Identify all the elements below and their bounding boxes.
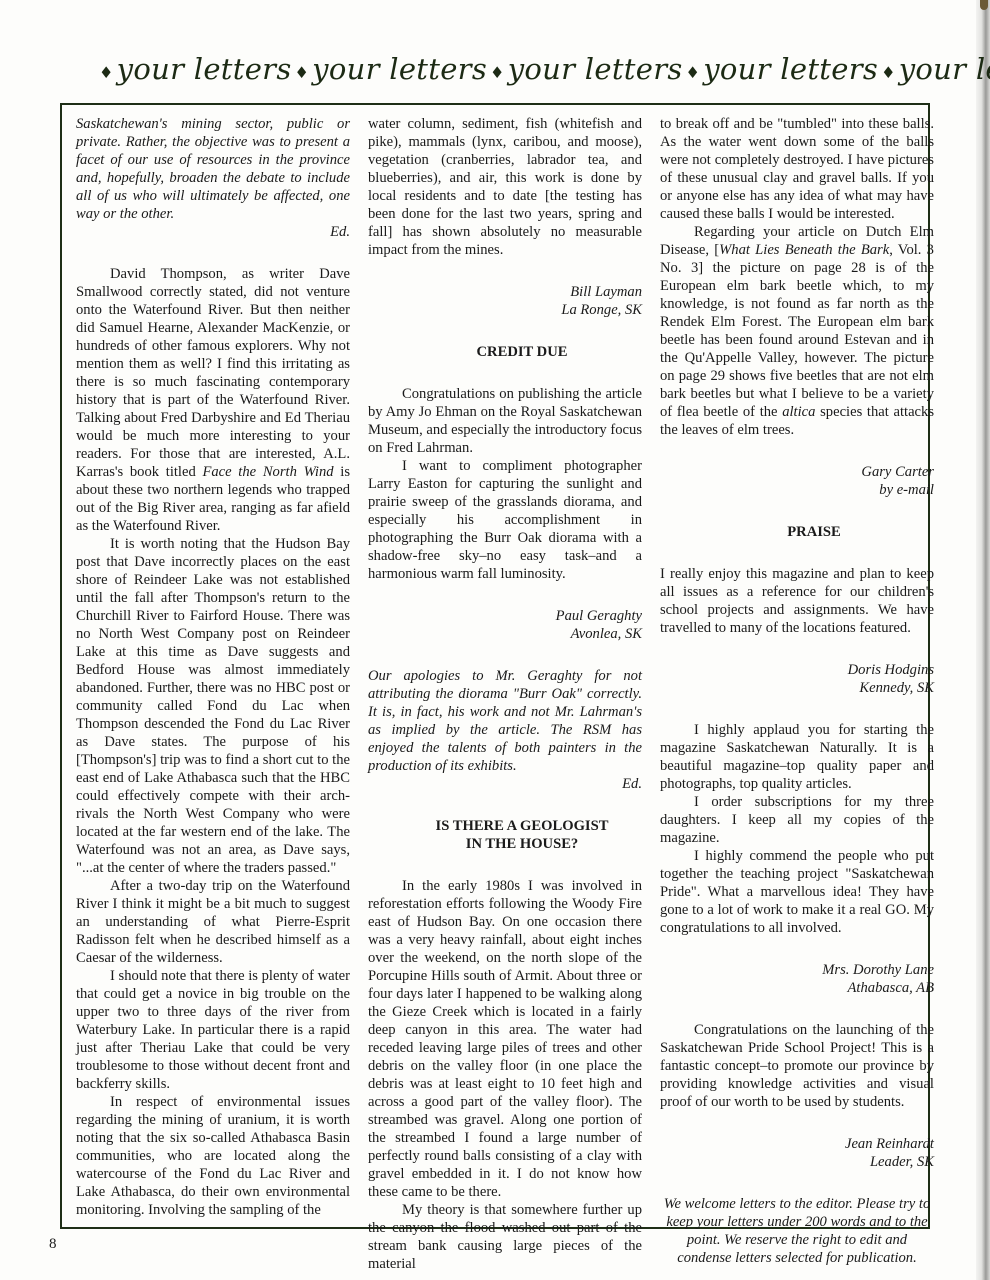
diamond-icon: ♦ — [881, 63, 896, 82]
signature-place: La Ronge, SK — [368, 301, 642, 319]
column-1: Saskatchewan's mining sector, public or … — [76, 115, 350, 1219]
letter-paragraph: I highly applaud you for starting the ma… — [660, 721, 934, 793]
letter-paragraph: It is worth noting that the Hudson Bay p… — [76, 535, 350, 877]
letter-paragraph: David Thompson, as writer Dave Smallwood… — [76, 265, 350, 535]
signature-name: Gary Carter — [660, 463, 934, 481]
signature-name: Paul Geraghty — [368, 607, 642, 625]
banner-text: your letters — [117, 52, 292, 86]
diamond-icon: ♦ — [490, 63, 505, 82]
signature-name: Jean Reinhardt — [660, 1135, 934, 1153]
species-name: altica — [782, 404, 815, 420]
signature-name: Doris Hodgins — [660, 661, 934, 679]
editor-signature: Ed. — [76, 223, 350, 241]
letter-paragraph: Regarding your article on Dutch Elm Dise… — [660, 223, 934, 439]
section-heading-geologist-line2: IN THE HOUSE? — [368, 835, 642, 853]
column-3: to break off and be "tumbled" into these… — [660, 115, 934, 1267]
letter-paragraph: My theory is that somewhere further up t… — [368, 1201, 642, 1273]
section-heading-credit-due: CREDIT DUE — [368, 343, 642, 361]
letter-paragraph: After a two-day trip on the Waterfound R… — [76, 877, 350, 967]
banner-text: your letters — [703, 52, 878, 86]
letter-paragraph: to break off and be "tumbled" into these… — [660, 115, 934, 223]
signature-place: Athabasca, AB — [660, 979, 934, 997]
book-spine-shadow — [976, 0, 990, 1280]
letter-paragraph: I want to compliment photographer Larry … — [368, 457, 642, 583]
signature-place: Leader, SK — [660, 1153, 934, 1171]
diamond-icon: ♦ — [295, 63, 310, 82]
letter-paragraph: I highly commend the people who put toge… — [660, 847, 934, 937]
letter-paragraph: I really enjoy this magazine and plan to… — [660, 565, 934, 637]
signature-place: Kennedy, SK — [660, 679, 934, 697]
editor-note: Our apologies to Mr. Geraghty for not at… — [368, 667, 642, 775]
banner-text: your letters — [312, 52, 487, 86]
book-title: Face the North Wind — [202, 464, 333, 480]
section-heading-praise: PRAISE — [660, 523, 934, 541]
closing-editor-note: We welcome letters to the editor. Please… — [660, 1195, 934, 1267]
letter-paragraph: water column, sediment, fish (whitefish … — [368, 115, 642, 259]
letter-paragraph: Congratulations on the launching of the … — [660, 1021, 934, 1111]
letter-paragraph: In the early 1980s I was involved in ref… — [368, 877, 642, 1201]
section-banner: ♦your letters ♦your letters ♦your letter… — [96, 48, 926, 90]
signature-place: Avonlea, SK — [368, 625, 642, 643]
banner-text: your letters — [899, 52, 990, 86]
spine-mark — [980, 0, 988, 10]
letter-paragraph: In respect of environmental issues regar… — [76, 1093, 350, 1219]
signature-name: Bill Layman — [368, 283, 642, 301]
banner-text: your letters — [508, 52, 683, 86]
diamond-icon: ♦ — [686, 63, 701, 82]
letter-paragraph: Congratulations on publishing the articl… — [368, 385, 642, 457]
page-number: 8 — [49, 1236, 57, 1253]
article-title: What Lies Beneath the Bark — [719, 242, 889, 258]
editor-note: Saskatchewan's mining sector, public or … — [76, 115, 350, 223]
editor-signature: Ed. — [368, 775, 642, 793]
column-2: water column, sediment, fish (whitefish … — [368, 115, 642, 1273]
letter-paragraph: I should note that there is plenty of wa… — [76, 967, 350, 1093]
section-heading-geologist: IS THERE A GEOLOGIST — [368, 817, 642, 835]
signature-place: by e-mail — [660, 481, 934, 499]
diamond-icon: ♦ — [99, 63, 114, 82]
signature-name: Mrs. Dorothy Lane — [660, 961, 934, 979]
letter-paragraph: I order subscriptions for my three daugh… — [660, 793, 934, 847]
